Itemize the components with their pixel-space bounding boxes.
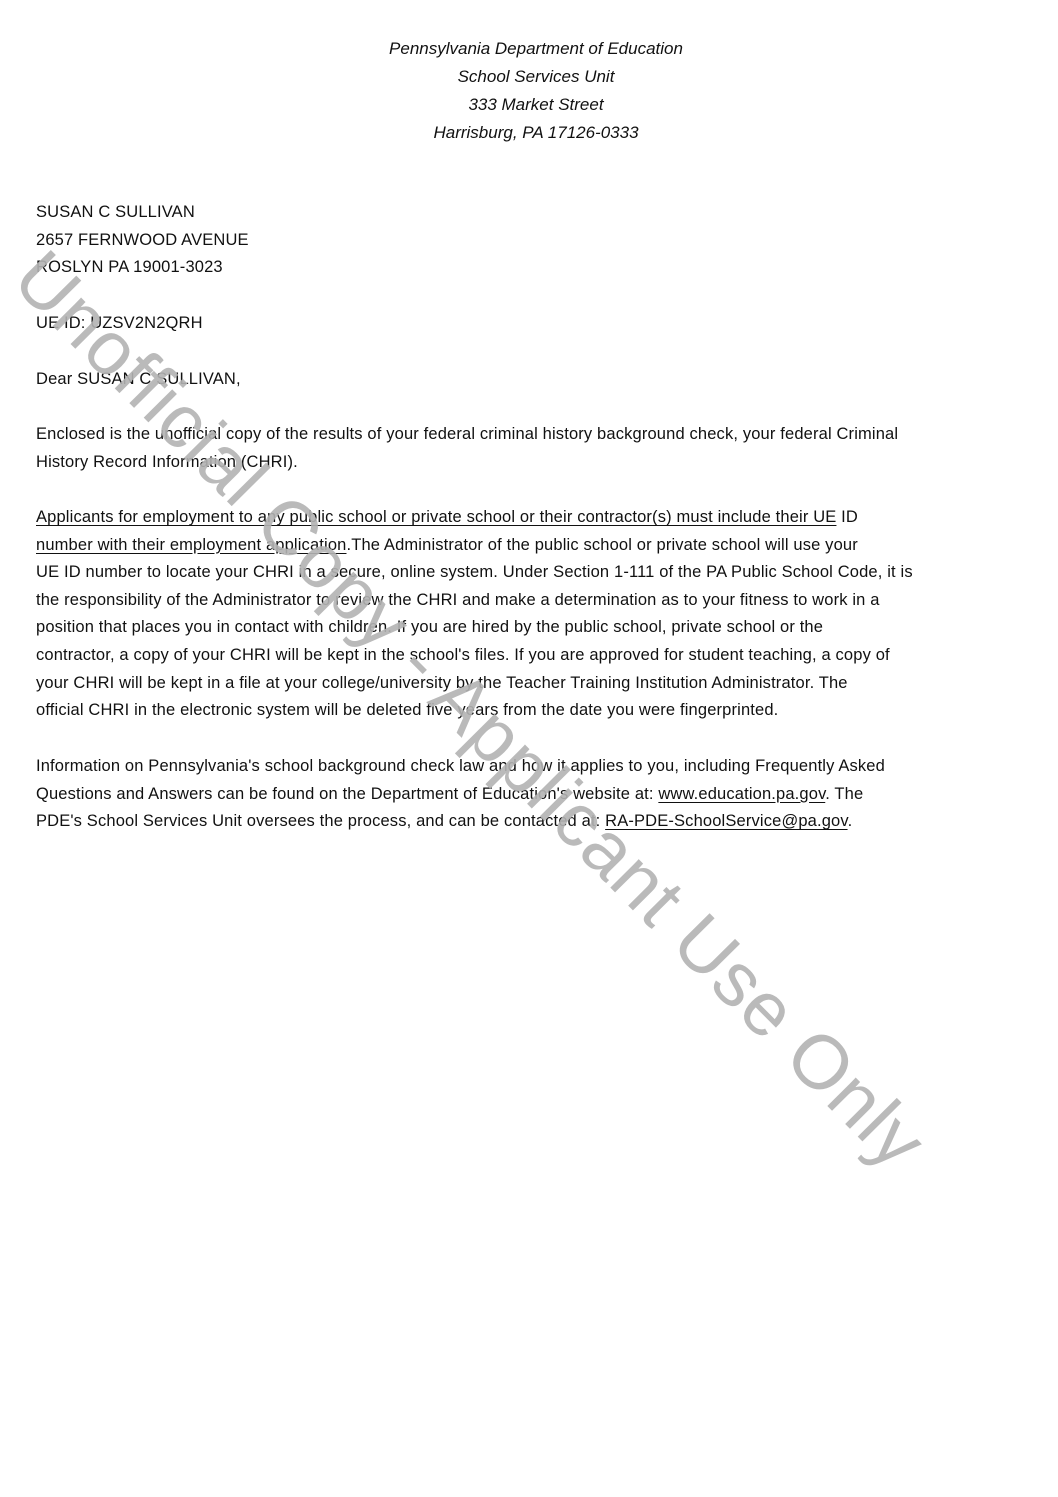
paragraph-line: Applicants for employment to any public … [36,504,1046,532]
paragraph-information: Information on Pennsylvania's school bac… [36,753,1046,836]
ueid-line: UE ID: UZSV2N2QRH [36,310,1046,338]
paragraph-line: official CHRI in the electronic system w… [36,697,1046,725]
website-prefix: Questions and Answers can be found on th… [36,785,658,803]
letter-page: Pennsylvania Department of Education Sch… [0,0,1058,1497]
paragraph-line: number with their employment application… [36,532,1046,560]
email-suffix: . [848,812,853,830]
paragraph-line: History Record Information (CHRI). [36,449,1046,477]
email-link[interactable]: RA-PDE-SchoolService@pa.gov [605,812,847,830]
paragraph-enclosed: Enclosed is the unofficial copy of the r… [36,421,1046,476]
requirement-tail: ID [836,508,858,526]
letterhead: Pennsylvania Department of Education Sch… [0,35,1058,147]
requirement-cont-tail: .The Administrator of the public school … [346,536,857,554]
letterhead-city: Harrisburg, PA 17126-0333 [0,119,1058,147]
website-suffix: . The [825,785,863,803]
recipient-address-line1: 2657 FERNWOOD AVENUE [36,227,1046,255]
recipient-name: SUSAN C SULLIVAN [36,199,1046,227]
paragraph-line: your CHRI will be kept in a file at your… [36,670,1046,698]
paragraph-line: the responsibility of the Administrator … [36,587,1046,615]
paragraph-applicants: Applicants for employment to any public … [36,504,1046,725]
website-link[interactable]: www.education.pa.gov [658,785,825,803]
ueid-label: UE ID: [36,314,86,332]
underlined-requirement-cont: number with their employment application [36,536,346,554]
letterhead-unit: School Services Unit [0,63,1058,91]
recipient-address-line2: ROSLYN PA 19001-3023 [36,254,1046,282]
paragraph-line: PDE's School Services Unit oversees the … [36,808,1046,836]
email-prefix: PDE's School Services Unit oversees the … [36,812,605,830]
underlined-requirement: Applicants for employment to any public … [36,508,836,526]
salutation: Dear SUSAN C SULLIVAN, [36,366,1046,394]
letterhead-org: Pennsylvania Department of Education [0,35,1058,63]
letterhead-street: 333 Market Street [0,91,1058,119]
paragraph-line: Questions and Answers can be found on th… [36,781,1046,809]
ueid-value: UZSV2N2QRH [90,314,202,332]
paragraph-line: Information on Pennsylvania's school bac… [36,753,1046,781]
recipient-address: SUSAN C SULLIVAN 2657 FERNWOOD AVENUE RO… [36,199,1046,282]
paragraph-line: UE ID number to locate your CHRI in a se… [36,559,1046,587]
paragraph-line: position that places you in contact with… [36,614,1046,642]
paragraph-line: contractor, a copy of your CHRI will be … [36,642,1046,670]
paragraph-line: Enclosed is the unofficial copy of the r… [36,421,1046,449]
